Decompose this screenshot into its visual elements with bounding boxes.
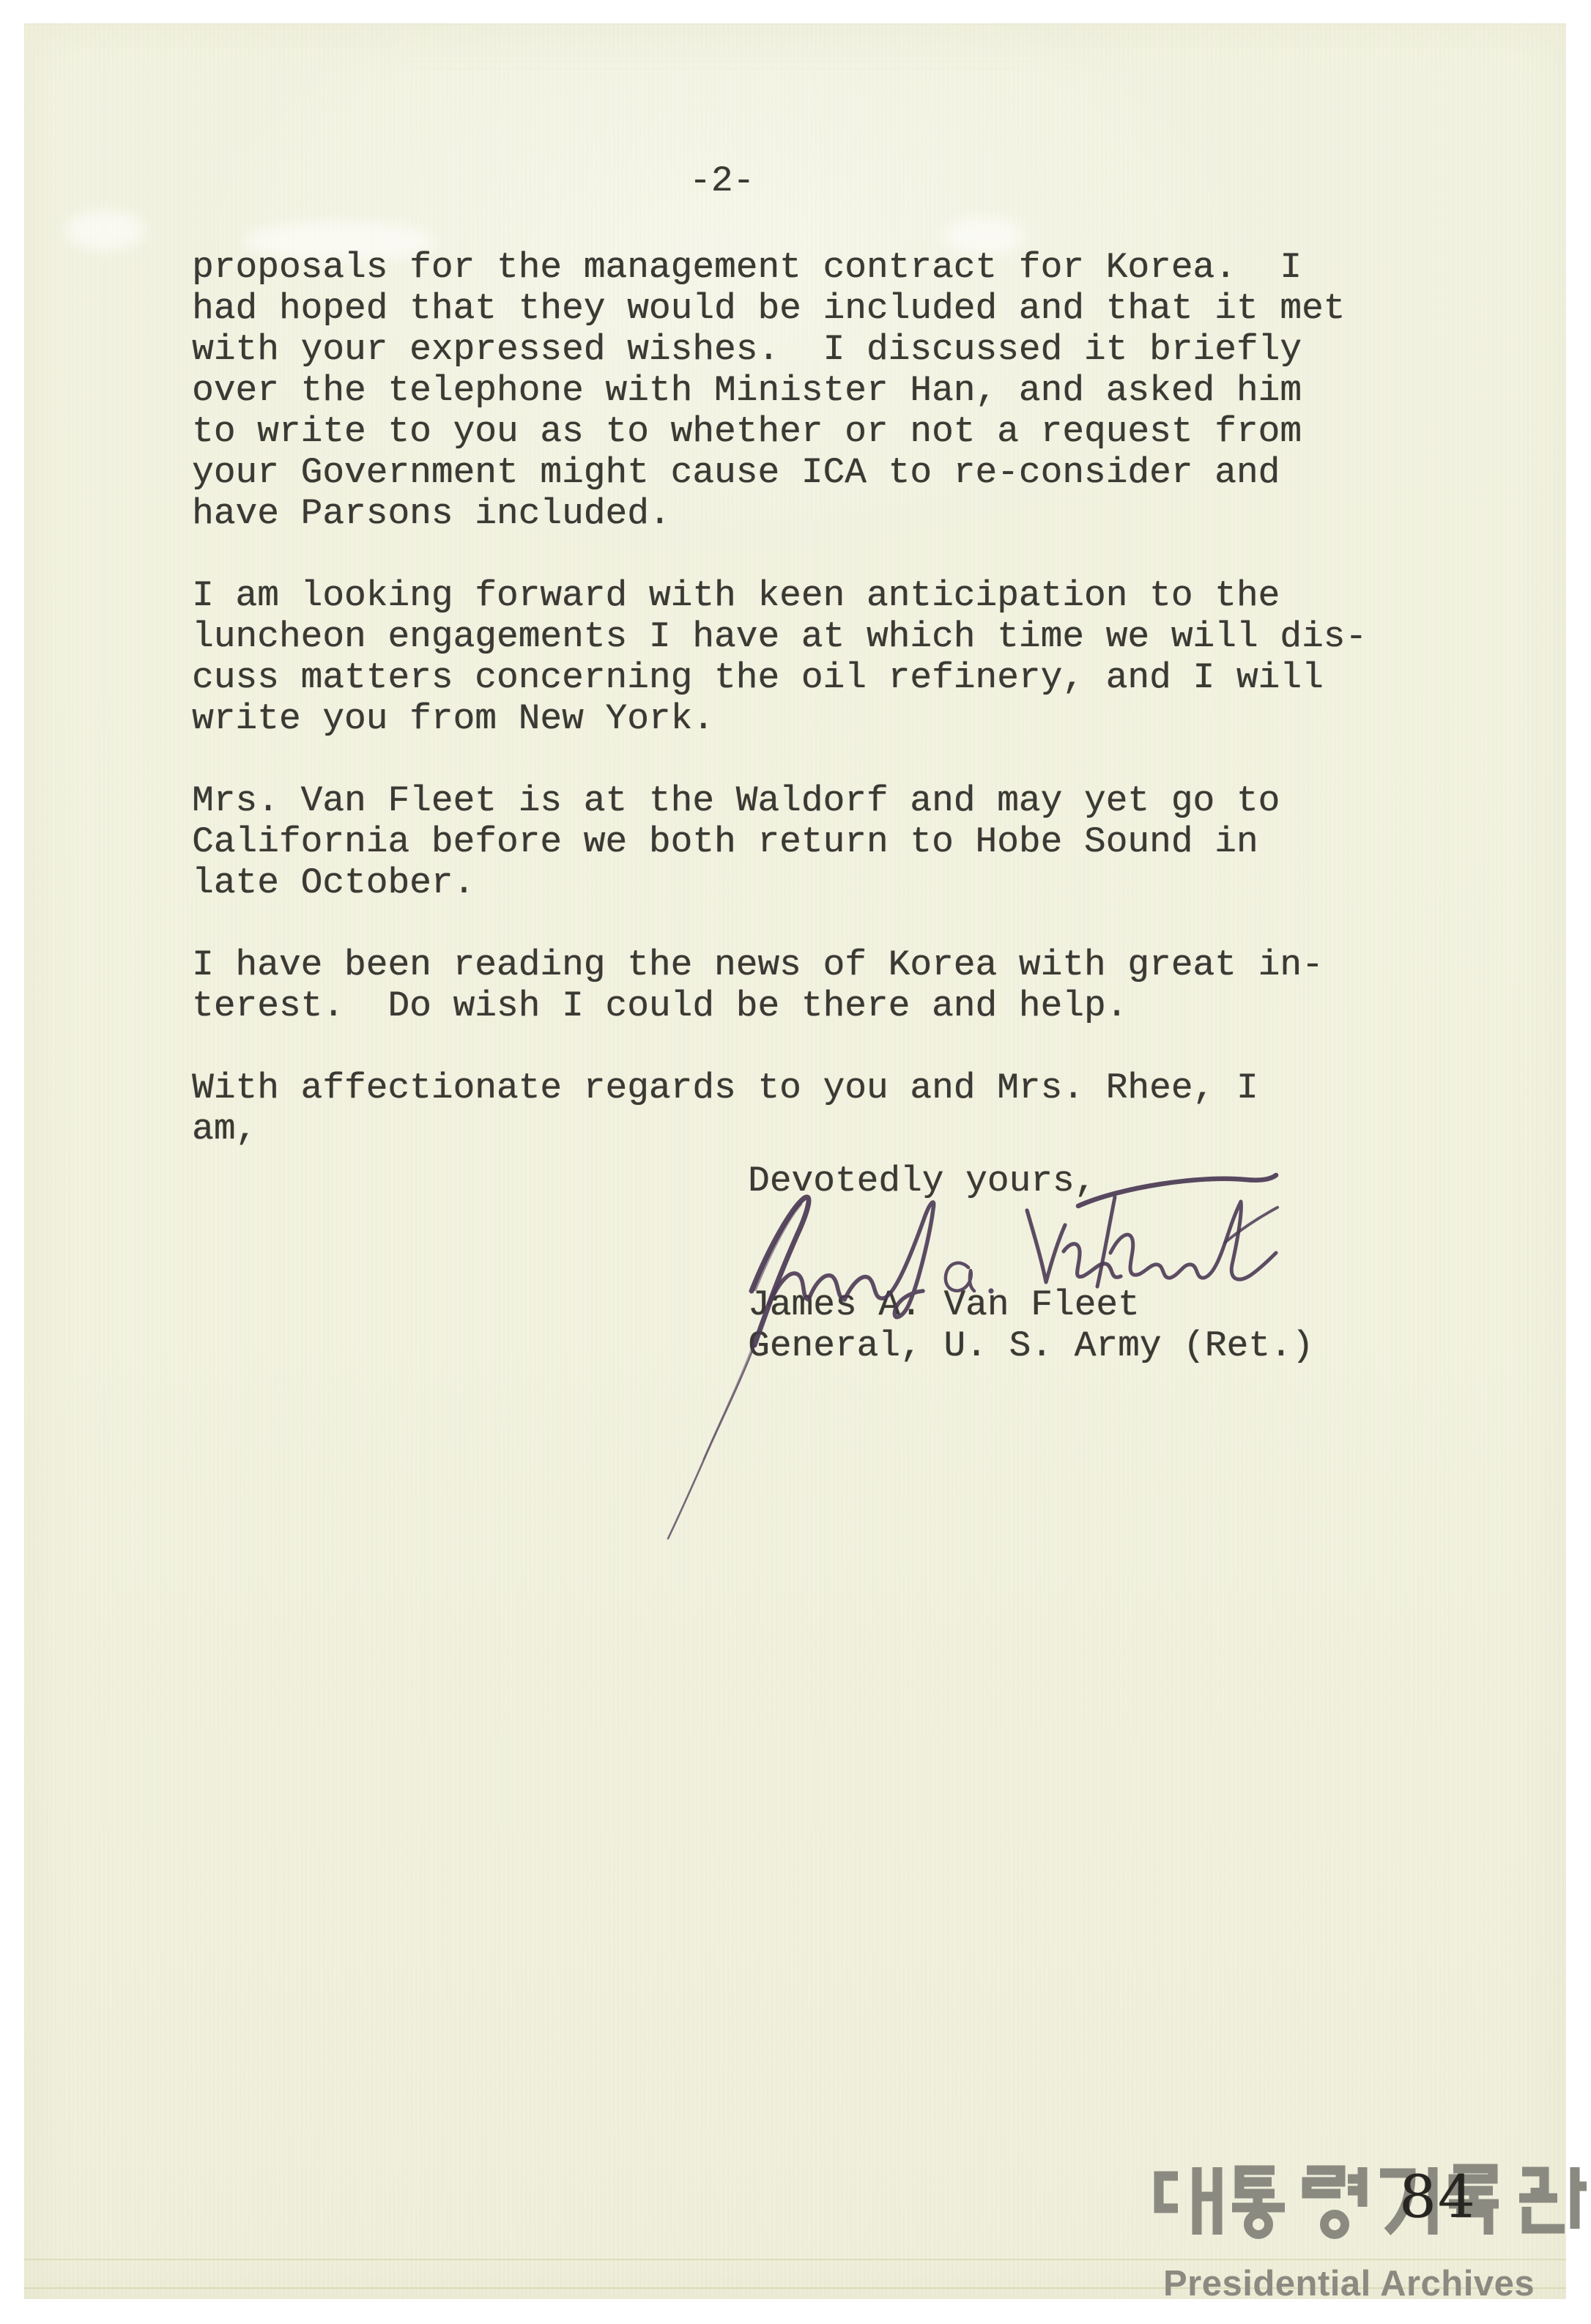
watermark-english-label: Presidential Archives xyxy=(1163,2266,1535,2302)
letter-paper: -2- proposals for the management contrac… xyxy=(24,23,1566,2299)
scan-highlight xyxy=(64,210,145,251)
letter-paragraph: I have been reading the news of Korea wi… xyxy=(192,944,1324,1026)
letter-paragraph: Mrs. Van Fleet is at the Waldorf and may… xyxy=(192,780,1280,903)
letter-paragraph: I am looking forward with keen anticipat… xyxy=(192,575,1367,739)
letter-paragraph: proposals for the management contract fo… xyxy=(192,247,1345,534)
korean-watermark-glyphs xyxy=(1151,2161,1591,2243)
scanned-letter-page: -2- proposals for the management contrac… xyxy=(0,0,1591,2324)
scan-artifact-line xyxy=(24,2259,1566,2260)
letter-paragraph: With affectionate regards to you and Mrs… xyxy=(192,1067,1258,1150)
handwritten-signature xyxy=(623,1165,1319,1575)
page-number: -2- xyxy=(689,160,754,201)
archive-page-number-stamp: 84 xyxy=(1399,2168,1477,2227)
